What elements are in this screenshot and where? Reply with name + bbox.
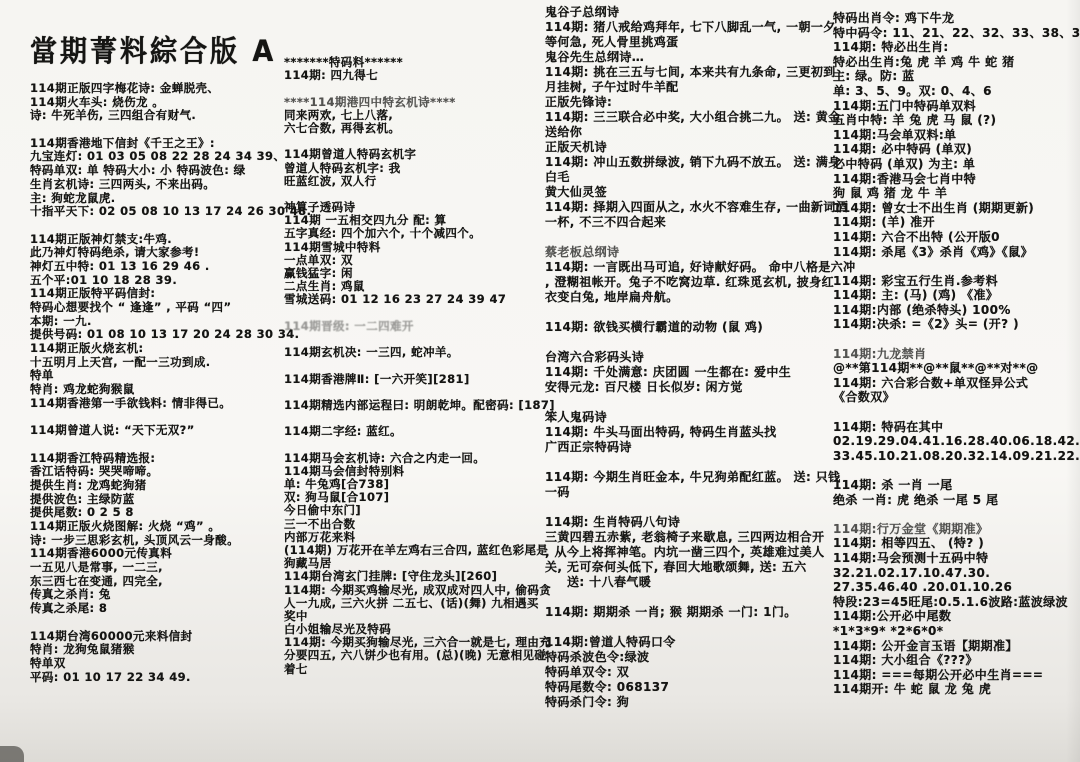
text-line: 三一不出合数 xyxy=(284,518,555,531)
text-line: 一杯, 不三不四合起来 xyxy=(545,215,856,230)
page-title: 當期菁料綜合版 A xyxy=(30,34,311,71)
blank-line xyxy=(30,123,311,137)
text-line: 114期玄机决: 一三四, 蛇冲羊。 xyxy=(284,346,555,359)
text-line: 114期台湾玄门挂牌: [守住龙头][260] xyxy=(284,570,555,583)
text-line: 114期精选内部运程曰: 明朗乾坤。配密码: [187] xyxy=(284,399,555,412)
text-line: 114期香港第一手欲钱料: 情非得已。 xyxy=(30,397,311,411)
text-line: 神灯五中特: 01 13 16 29 46 . xyxy=(30,260,311,274)
text-line: 特单双 xyxy=(30,657,311,671)
text-line: 114期: 挑在三五与七间, 本来共有九条命, 三更初到 xyxy=(545,65,856,80)
text-line: 114期: 猪八戒给鸡拜年, 七下八脚乱一气, 一朝一夕 xyxy=(545,20,856,35)
text-column-3: 鬼谷子总纲诗114期: 猪八戒给鸡拜年, 七下八脚乱一气, 一朝一夕等何急, 死… xyxy=(545,5,856,710)
blank-line xyxy=(284,386,555,399)
text-line: 114期:行万金堂《期期准》 xyxy=(833,522,1080,537)
blank-line xyxy=(833,463,1080,478)
text-line: 十五明月上天宫, 一配一三功到成. xyxy=(30,356,311,370)
text-line: 114期: 六合不出特 (公开版0 xyxy=(833,230,1080,245)
text-line: 114期: 主: (马) (鸡) 《准》 xyxy=(833,288,1080,303)
text-line: 114期: 三三联合必中奖, 大小组合挑二九。 送: 黄金 xyxy=(545,110,856,125)
text-line: 114期:九龙禁肖 xyxy=(833,347,1080,362)
text-line: 送: 十八春气暖 xyxy=(545,575,856,590)
text-line: 一五见八是常事, 一二三, xyxy=(30,561,311,575)
text-line: 114期: 杀 一肖 一尾 xyxy=(833,478,1080,493)
text-column-1: 當期菁料綜合版 A 114期正版四字梅花诗: 金蝉脱壳、114期火车头: 烧伤龙… xyxy=(30,34,311,684)
text-line: 分要四五, 六八饼少也有用。(总)(晚) 无意相见碰 xyxy=(284,649,555,662)
blank-line xyxy=(833,405,1080,420)
text-line: 114期正版特平码信封: xyxy=(30,287,311,301)
text-column-4: 特码出肖令: 鸡下牛龙特中码令: 11、21、22、32、33、38、39、43… xyxy=(833,11,1080,697)
blank-line xyxy=(545,230,856,245)
text-line: 114期: 特必出生肖: xyxy=(833,40,1080,55)
text-line: 114期: 今期买鸡输尽光, 成双成对四人中, 偷码贪 xyxy=(284,584,555,597)
text-line: 特码单双: 单 特码大小: 小 特码波色: 绿 xyxy=(30,164,311,178)
text-line: 114期: 杀尾《3》杀肖《鸡》《鼠》 xyxy=(833,245,1080,260)
text-line: 114期: ===每期公开必中生肖=== xyxy=(833,668,1080,683)
text-line: 六七合数, 再得玄机。 xyxy=(284,122,555,135)
text-line: 114期开: 牛 蛇 鼠 龙 兔 虎 xyxy=(833,682,1080,697)
text-line: 雪城送码: 01 12 16 23 27 24 39 47 xyxy=(284,293,555,306)
blank-line xyxy=(30,438,311,452)
text-line: 114期:五门中特码单双料 xyxy=(833,99,1080,114)
text-line: 诗: 牛死羊伤, 三四组合有财气. xyxy=(30,109,311,123)
text-line: 特肖: 鸡龙蛇狗猴鼠 xyxy=(30,383,311,397)
text-line: 此乃神灯特码绝杀, 请大家参考! xyxy=(30,246,311,260)
text-line: 主: 绿。防: 蓝 xyxy=(833,69,1080,84)
blank-line xyxy=(833,332,1080,347)
text-line: 今日偷中东门] xyxy=(284,504,555,517)
text-line: 提供尾数: 0 2 5 8 xyxy=(30,506,311,520)
text-line: 衣变白兔, 地岸扁舟航。 xyxy=(545,290,856,305)
text-line: 特码心想要找个 “ 逢逢” , 平码 “四” xyxy=(30,301,311,315)
blank-line xyxy=(284,438,555,451)
text-line: , 澄糊祖帐开。兔子不吃窝边草. 红珠觅玄机, 披身红 xyxy=(545,275,856,290)
text-line: 114期正版四字梅花诗: 金蝉脱壳、 xyxy=(30,82,311,96)
text-line: 特必出生肖:兔 虎 羊 鸡 牛 蛇 猪 xyxy=(833,55,1080,70)
text-line: 114期: 四九得七 xyxy=(284,69,555,82)
text-line: 114期:香港马会七肖中特 xyxy=(833,172,1080,187)
text-line: 《合数双》 xyxy=(833,390,1080,405)
text-line: 特段:23=45旺尾:0.5.1.6波路:蓝波绿波 xyxy=(833,595,1080,610)
text-line: 广西正宗特码诗 xyxy=(545,440,856,455)
text-line: 单: 3、5、9。双: 0、4、6 xyxy=(833,84,1080,99)
text-line: 33.45.10.21.08.20.32.14.09.21.22.46 xyxy=(833,449,1080,464)
text-line: 114期: (羊) 准开 xyxy=(833,215,1080,230)
text-line: 绝杀 一肖: 虎 绝杀 一尾 5 尾 xyxy=(833,493,1080,508)
blank-line xyxy=(30,616,311,630)
blank-line xyxy=(30,219,311,233)
text-line: 114期: 彩宝五行生肖.参考料 xyxy=(833,274,1080,289)
text-line: 114期:马会预测十五码中特 xyxy=(833,551,1080,566)
text-line: 114期: 公开金言玉语【期期准】 xyxy=(833,639,1080,654)
blank-line xyxy=(545,500,856,515)
text-line: 等何急, 死人骨里挑鸡蛋 xyxy=(545,35,856,50)
text-line: 香江话特码: 哭哭啼啼。 xyxy=(30,465,311,479)
text-line: 32.21.02.17.10.47.30. xyxy=(833,566,1080,581)
text-line: 114期: 择期入四面从之, 水火不容难生存, 一曲新词酒 xyxy=(545,200,856,215)
text-line: 五字真经: 四个加六个, 十个减四个。 xyxy=(284,227,555,240)
text-line: 鬼谷先生总纲诗… xyxy=(545,50,856,65)
blank-line xyxy=(833,259,1080,274)
text-line: 笨人鬼码诗 xyxy=(545,410,856,425)
blank-line xyxy=(833,507,1080,522)
text-line: 旺蓝红波, 双人行 xyxy=(284,175,555,188)
blank-line xyxy=(284,359,555,372)
blank-line xyxy=(545,305,856,320)
text-line: 114期: 一言既出马可追, 好诗献好码。 命中八格是六冲 xyxy=(545,260,856,275)
text-line: 114期: 期期杀 一肖; 猴 期期杀 一门: 1门。 xyxy=(545,605,856,620)
blank-line xyxy=(545,335,856,350)
blank-line xyxy=(545,455,856,470)
text-line: 平码: 01 10 17 22 34 49. xyxy=(30,671,311,685)
text-line: 02.19.29.04.41.16.28.40.06.18.42.30 xyxy=(833,434,1080,449)
blank-line xyxy=(545,620,856,635)
text-line: 114期香港6000元传真料 xyxy=(30,547,311,561)
text-line: 特码出肖令: 鸡下牛龙 xyxy=(833,11,1080,26)
text-line: @**第114期**@**鼠**@**对**@ xyxy=(833,361,1080,376)
text-line: 送给你 xyxy=(545,125,856,140)
text-line: 正版天机诗 xyxy=(545,140,856,155)
text-line: 114期:公开必中尾数 xyxy=(833,609,1080,624)
text-line: 114期二字经: 蓝红。 xyxy=(284,425,555,438)
text-line: 114期晋级: 一二四难开 xyxy=(284,320,555,333)
text-line: 三黄四碧五赤紫, 老翁椅子来歇息, 三四两边相合开 xyxy=(545,530,856,545)
text-line: 特码尾数令: 068137 xyxy=(545,680,856,695)
text-line: 月挂树, 子午过时牛羊配 xyxy=(545,80,856,95)
text-line: 生肖玄机诗: 三四两头, 不来出码。 xyxy=(30,178,311,192)
text-line: 114期:内部 (绝杀特头) 100% xyxy=(833,303,1080,318)
text-line: 曾道人特码玄机字: 我 xyxy=(284,162,555,175)
text-line: 白毛 xyxy=(545,170,856,185)
text-line: 特肖: 龙狗兔鼠猪猴 xyxy=(30,643,311,657)
text-line: 特中码令: 11、21、22、32、33、38、39、43 xyxy=(833,26,1080,41)
text-line: 114期曾道人说: “天下无双?” xyxy=(30,424,311,438)
text-line: 安得元龙: 百尺楼 日长似岁: 闲方觉 xyxy=(545,380,856,395)
text-line: 鬼谷子总纲诗 xyxy=(545,5,856,20)
text-line: 特码单双令: 双 xyxy=(545,665,856,680)
text-line: 人一九成, 三六火拼 二五七、(话)(舞) 九相遇买 xyxy=(284,597,555,610)
text-line: 必中特码 (单双) 为主: 单 xyxy=(833,157,1080,172)
text-line: 114期: 生肖特码八句诗 xyxy=(545,515,856,530)
text-line: 114期: 冲山五数拼绿波, 销下九码不放五。 送: 满身 xyxy=(545,155,856,170)
text-line: 狗 鼠 鸡 猪 龙 牛 羊 xyxy=(833,186,1080,201)
text-line: , 从今上将挥神笔。内坑一凿三四个, 英雄难过美人 xyxy=(545,545,856,560)
text-line: 114期: 大小组合《???》 xyxy=(833,653,1080,668)
text-line: 114期马会玄机诗: 六合之内走一回。 xyxy=(284,452,555,465)
text-line: 114期: 曾女士不出生肖 (期期更新) xyxy=(833,201,1080,216)
text-line: 特码杀波色令:绿波 xyxy=(545,650,856,665)
text-line: 114期: 相等四五、 (特? ) xyxy=(833,536,1080,551)
text-line: 114期:曾道人特码口令 xyxy=(545,635,856,650)
text-line: 114期正版火烧玄机: xyxy=(30,342,311,356)
text-line: 114期: 欲钱买横行霸道的动物 (鼠 鸡) xyxy=(545,320,856,335)
scan-edge-shade xyxy=(1066,0,1080,762)
text-line: *1*3*9* *2*6*0* xyxy=(833,624,1080,639)
text-line: 提供号码: 01 08 10 13 17 20 24 28 30 34. xyxy=(30,328,311,342)
text-line: 特码杀门令: 狗 xyxy=(545,695,856,710)
text-line: 114期曾道人特码玄机字 xyxy=(284,148,555,161)
text-line: 114期: 千处满意: 庆团圆 一生都在: 爱中生 xyxy=(545,365,856,380)
text-line: 114期:决杀: =《2》头= (开? ) xyxy=(833,317,1080,332)
blank-line xyxy=(545,395,856,410)
text-column-2: *******特码料******114期: 四九得七 ****114期港四中特玄… xyxy=(284,56,555,676)
text-line: 提供生肖: 龙鸡蛇狗猪 xyxy=(30,479,311,493)
text-line: 同来两欢, 七上八落, xyxy=(284,109,555,122)
text-line: 114期: 特码在其中 xyxy=(833,420,1080,435)
text-line: 内部万花来料 xyxy=(284,531,555,544)
text-line: 一码 xyxy=(545,485,856,500)
text-line: 正版先锋诗: xyxy=(545,95,856,110)
text-line: 114期:马会单双料:单 xyxy=(833,128,1080,143)
text-line: 关, 无可奈何头低下, 春回大地歌颂舞, 送: 五六 xyxy=(545,560,856,575)
blank-line xyxy=(284,82,555,95)
scanned-lottery-sheet: 當期菁料綜合版 A 114期正版四字梅花诗: 金蝉脱壳、114期火车头: 烧伤龙… xyxy=(0,0,1080,762)
text-line: 台湾六合彩码头诗 xyxy=(545,350,856,365)
text-line: 传真之杀尾: 8 xyxy=(30,602,311,616)
text-line: 114期雪城中特料 xyxy=(284,241,555,254)
text-line: 五肖中特: 羊 兔 虎 马 鼠 (?) xyxy=(833,113,1080,128)
text-line: 114期: 必中特码 (单双) xyxy=(833,142,1080,157)
blank-line xyxy=(545,590,856,605)
blank-line xyxy=(284,307,555,320)
text-line: ****114期港四中特玄机诗**** xyxy=(284,96,555,109)
text-line: 114期: 牛头马面出特码, 特码生肖蓝头找 xyxy=(545,425,856,440)
text-line: 114期: 六合彩合数+单双怪异公式 xyxy=(833,376,1080,391)
text-line: 着七 xyxy=(284,663,555,676)
scan-smudge xyxy=(0,746,24,762)
text-line: 十指平天下: 02 05 08 10 13 17 24 26 30 48. xyxy=(30,205,311,219)
text-line: 27.35.46.40 .20.01.10.26 xyxy=(833,580,1080,595)
text-line: 114期: 今期生肖旺金本, 牛兄狗弟配红蓝。 送: 只钱 xyxy=(545,470,856,485)
text-line: 114期正版火烧图解: 火烧 “鸡” 。 xyxy=(30,520,311,534)
text-line: 蔡老板总纲诗 xyxy=(545,245,856,260)
text-line: 黄大仙灵签 xyxy=(545,185,856,200)
text-line: 114期香港牌Ⅱ: [一六开笑][281] xyxy=(284,373,555,386)
